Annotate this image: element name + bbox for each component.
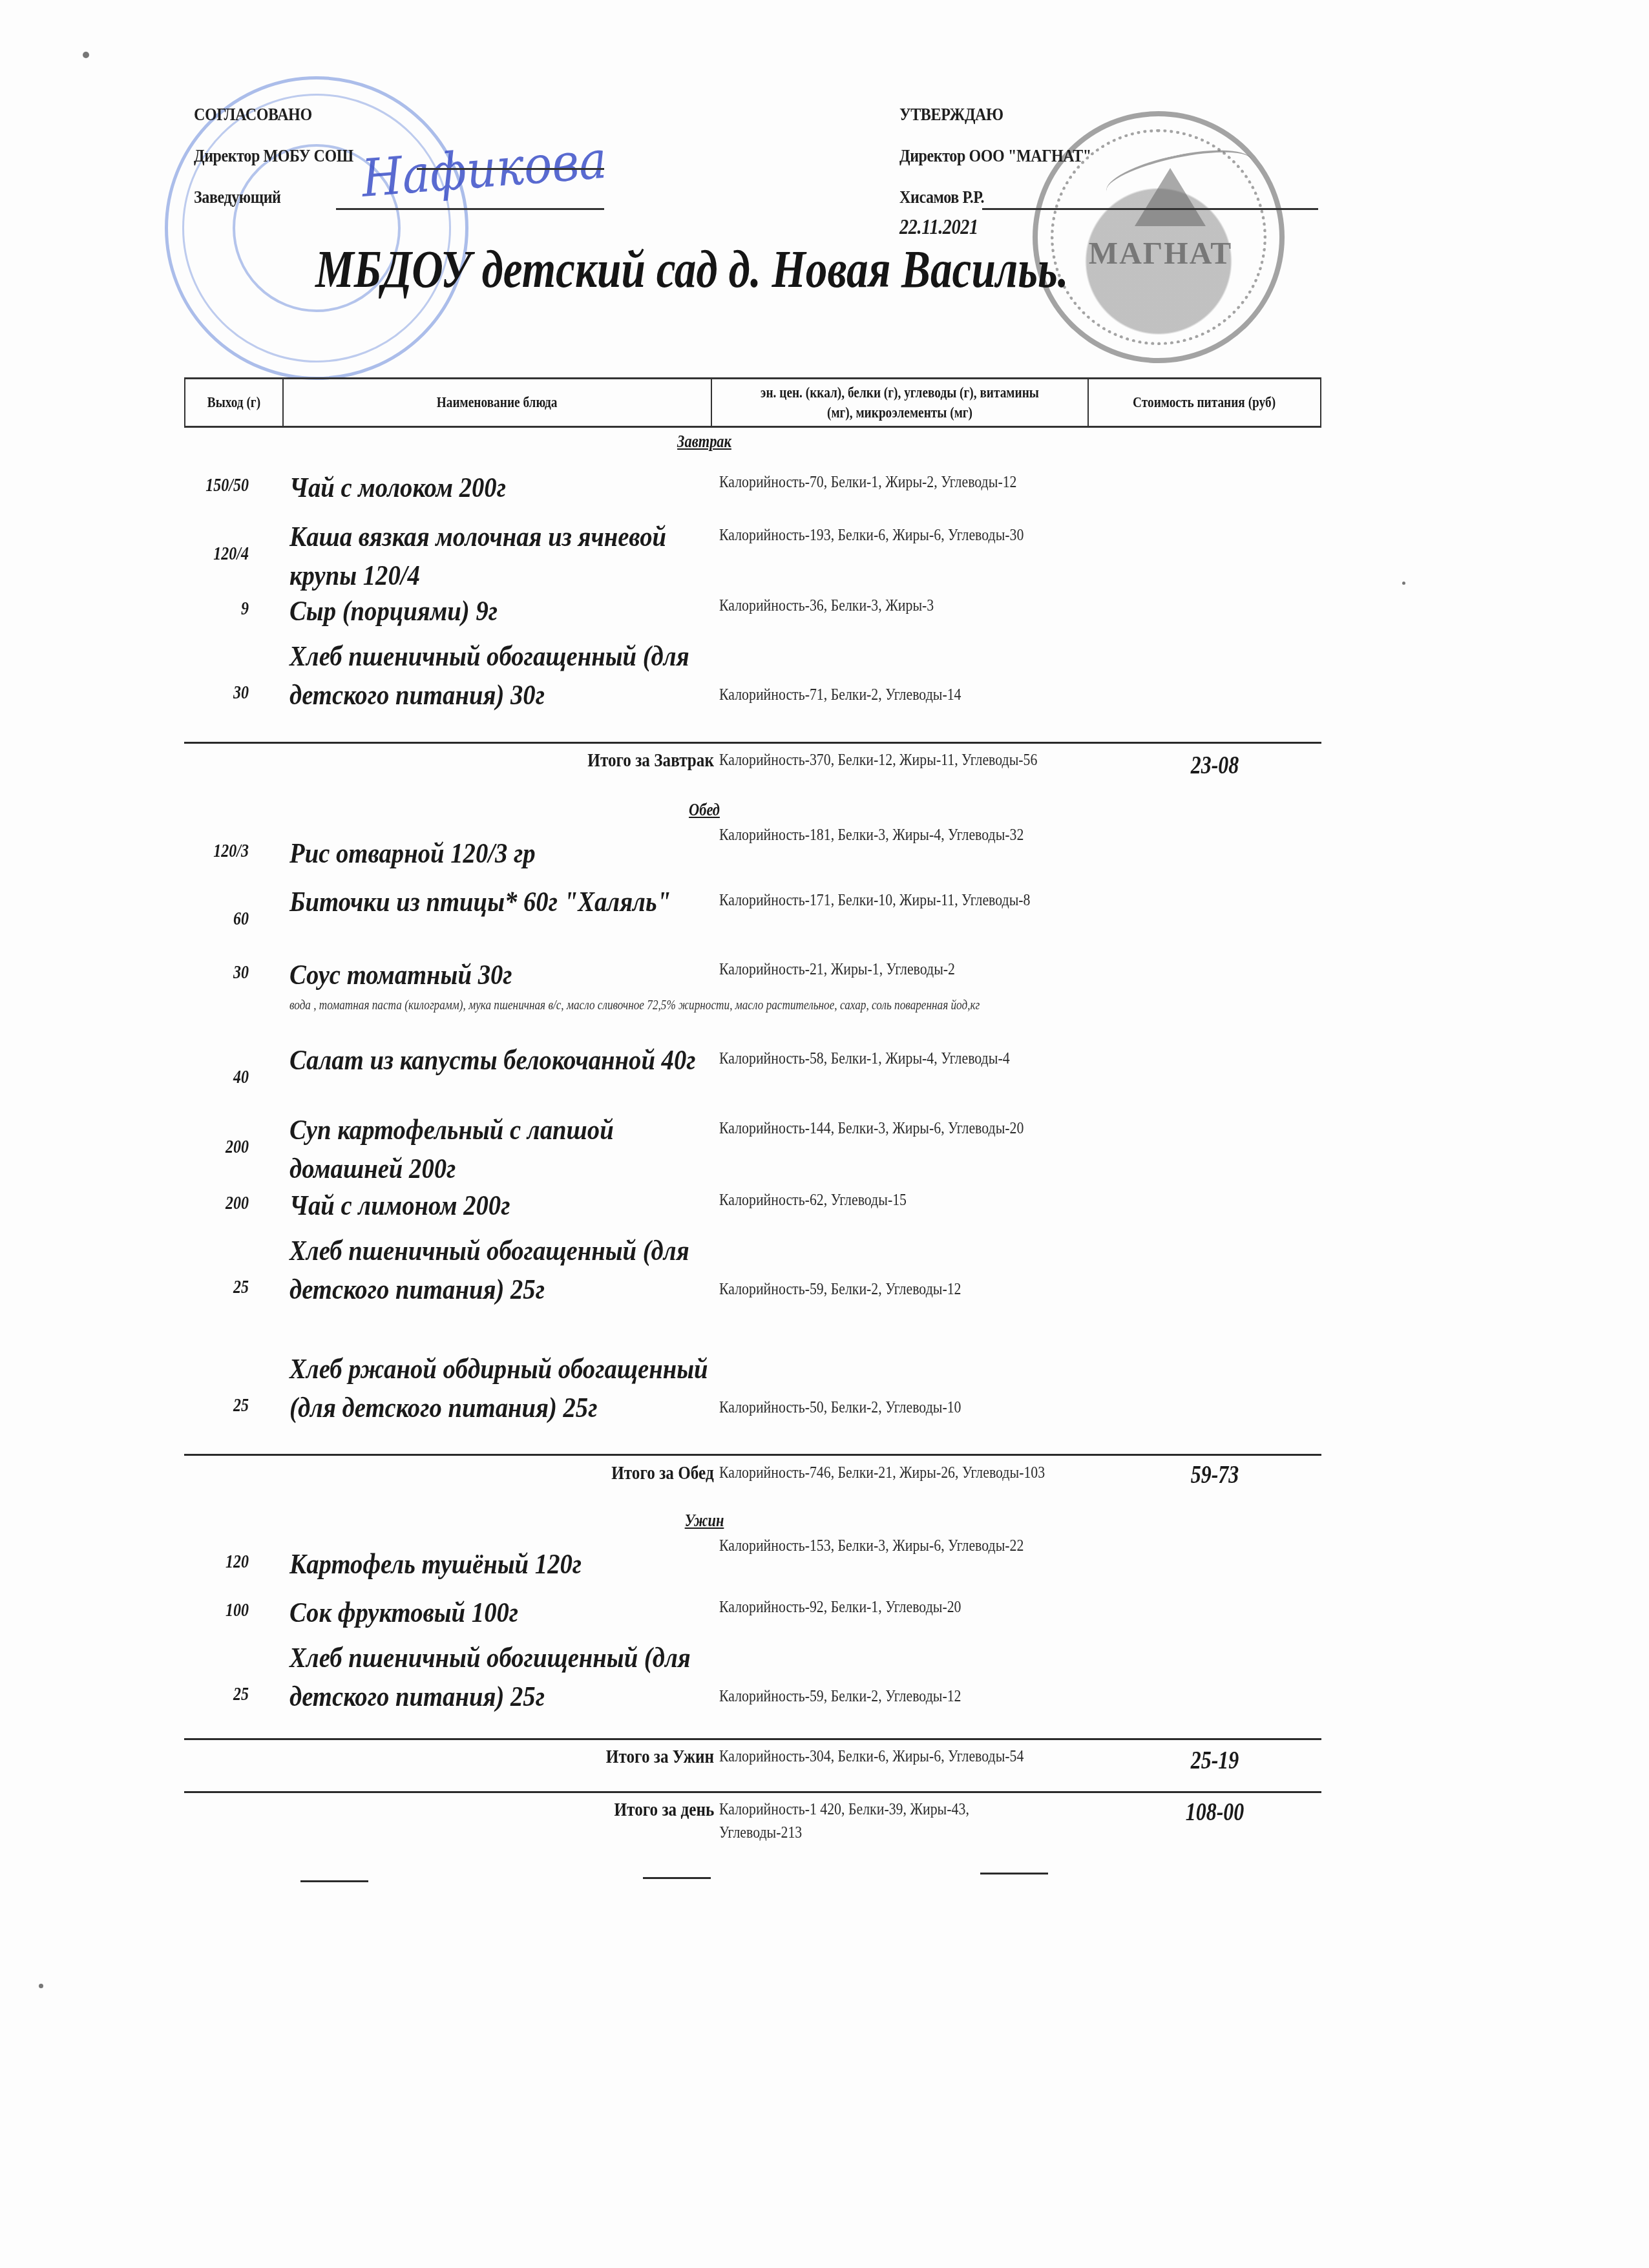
item-yield: 60 — [197, 908, 249, 930]
item-dish-name: Салат из капусты белокочанной 40г — [289, 1040, 716, 1079]
meal-total-nutrition-text: Калорийность-370, Белки-12, Жиры-11, Угл… — [719, 748, 1055, 772]
item-dish-name: Сыр (порциями) 9г — [289, 591, 716, 630]
item-dish-name-text: Рис отварной 120/3 гр — [289, 834, 715, 872]
item-dish-name-text: Сок фруктовый 100г — [289, 1593, 715, 1632]
item-nutrition-text: Калорийность-171, Белки-10, Жиры-11, Угл… — [719, 888, 1055, 912]
meal-total-label: Итого за Завтрак — [184, 750, 714, 772]
day-total-label: Итого за день — [184, 1799, 714, 1821]
item-nutrition-text: Калорийность-181, Белки-3, Жиры-4, Углев… — [719, 823, 1055, 846]
item-nutrition-text: Калорийность-144, Белки-3, Жиры-6, Углев… — [719, 1117, 1055, 1140]
menu-item-row: 100Сок фруктовый 100гКалорийность-92, Бе… — [184, 1593, 1321, 1632]
col-header-yield: Выход (г) — [184, 379, 282, 426]
item-yield: 100 — [197, 1599, 249, 1621]
menu-item-row: 120/4Каша вязкая молочная из ячневой кру… — [184, 517, 1321, 594]
section-divider — [184, 1738, 1321, 1740]
menu-item-row: 40Салат из капусты белокочанной 40гКалор… — [184, 1040, 1321, 1118]
item-nutrition-text: Калорийность-193, Белки-6, Жиры-6, Углев… — [719, 523, 1055, 547]
signature-line — [417, 168, 604, 170]
item-nutrition: Калорийность-181, Белки-3, Жиры-4, Углев… — [719, 823, 1055, 846]
menu-item-row: 30Соус томатный 30гКалорийность-21, Жиры… — [184, 955, 1321, 994]
item-dish-name-text: Картофель тушёный 120г — [289, 1544, 715, 1583]
approval-right-heading: УТВЕРЖДАЮ — [899, 105, 1003, 125]
item-nutrition: Калорийность-59, Белки-2, Углеводы-12 — [719, 1277, 1055, 1301]
menu-item-row: 60Биточки из птицы* 60г "Халяль"Калорийн… — [184, 882, 1321, 960]
item-nutrition: Калорийность-71, Белки-2, Углеводы-14 — [719, 683, 1055, 706]
item-dish-name: Рис отварной 120/3 гр — [289, 834, 716, 872]
approval-left-position: Директор МОБУ СОШ — [194, 146, 353, 167]
item-nutrition: Калорийность-36, Белки-3, Жиры-3 — [719, 594, 1055, 617]
item-dish-name-text: Салат из капусты белокочанной 40г — [289, 1040, 715, 1079]
item-nutrition: Калорийность-70, Белки-1, Жиры-2, Углево… — [719, 470, 1055, 494]
item-nutrition: Калорийность-144, Белки-3, Жиры-6, Углев… — [719, 1117, 1055, 1140]
approval-date: 22.11.2021 — [899, 216, 978, 240]
item-nutrition-text: Калорийность-36, Белки-3, Жиры-3 — [719, 594, 1055, 617]
item-nutrition: Калорийность-62, Углеводы-15 — [719, 1188, 1055, 1212]
scan-speck — [1402, 582, 1405, 585]
meal-total-label-text: Итого за Обед — [612, 1462, 714, 1484]
meal-section-title: Обед — [141, 800, 1268, 821]
item-nutrition-text: Калорийность-59, Белки-2, Углеводы-12 — [719, 1685, 1055, 1708]
item-yield: 200 — [197, 1192, 249, 1214]
meal-total-nutrition-text: Калорийность-746, Белки-21, Жиры-26, Угл… — [719, 1461, 1055, 1484]
item-dish-name-text: Каша вязкая молочная из ячневой крупы 12… — [289, 517, 715, 594]
day-total-nutrition-text: Калорийность-1 420, Белки-39, Жиры-43, У… — [719, 1798, 1055, 1844]
item-yield: 120/4 — [197, 543, 249, 565]
item-ingredients-text: вода , томатная паста (килограмм), мука … — [289, 995, 1065, 1014]
meal-total-label: Итого за Обед — [184, 1462, 714, 1484]
section-divider — [184, 742, 1321, 744]
meal-section-title: Ужин — [141, 1511, 1268, 1531]
signature-line — [982, 208, 1318, 210]
item-dish-name-text: Хлеб ржаной обдирный обогащенный (для де… — [289, 1349, 715, 1427]
item-yield: 9 — [197, 598, 249, 620]
item-ingredients: вода , томатная паста (килограмм), мука … — [289, 995, 1065, 1014]
col-header-nutrition: эн. цен. (ккал), белки (г), углеводы (г)… — [711, 379, 1087, 426]
menu-item-row: 30Хлеб пшеничный обогащенный (для детско… — [184, 636, 1321, 753]
item-nutrition: Калорийность-58, Белки-1, Жиры-4, Углево… — [719, 1047, 1055, 1070]
blank-line — [300, 1880, 368, 1882]
item-nutrition-text: Калорийность-59, Белки-2, Углеводы-12 — [719, 1277, 1055, 1301]
item-dish-name: Чай с молоком 200г — [289, 468, 716, 507]
item-dish-name-text: Хлеб пшеничный обогащенный (для детского… — [289, 1231, 715, 1308]
day-total-nutrition: Калорийность-1 420, Белки-39, Жиры-43, У… — [719, 1798, 1055, 1844]
item-dish-name-text: Хлеб пшеничный обогащенный (для детского… — [289, 636, 715, 714]
approval-right-name: Хисамов Р.Р. — [899, 187, 984, 208]
menu-item-row: 25Хлеб пшеничный обогащенный (для детско… — [184, 1231, 1321, 1347]
item-yield: 25 — [197, 1394, 249, 1416]
day-total-cost: 108-00 — [1173, 1796, 1256, 1827]
item-dish-name: Суп картофельный с лапшой домашней 200г — [289, 1110, 716, 1188]
meal-total-nutrition-text: Калорийность-304, Белки-6, Жиры-6, Углев… — [719, 1745, 1055, 1768]
item-dish-name: Хлеб ржаной обдирный обогащенный (для де… — [289, 1349, 716, 1427]
menu-item-row: 200Суп картофельный с лапшой домашней 20… — [184, 1110, 1321, 1188]
meal-total-label-text: Итого за Завтрак — [587, 750, 714, 772]
item-dish-name: Соус томатный 30г — [289, 955, 716, 994]
item-yield: 120 — [197, 1551, 249, 1573]
item-dish-name-text: Чай с молоком 200г — [289, 468, 715, 507]
section-divider — [184, 1454, 1321, 1456]
item-yield: 120/3 — [197, 840, 249, 862]
meal-total-nutrition: Калорийность-746, Белки-21, Жиры-26, Угл… — [719, 1461, 1055, 1484]
item-yield: 25 — [197, 1276, 249, 1298]
menu-item-row: 150/50Чай с молоком 200гКалорийность-70,… — [184, 468, 1321, 507]
meal-cost: 23-08 — [1173, 750, 1256, 780]
item-dish-name-text: Суп картофельный с лапшой домашней 200г — [289, 1110, 715, 1188]
item-yield: 150/50 — [197, 474, 249, 496]
item-yield: 200 — [197, 1136, 249, 1158]
item-dish-name-text: Сыр (порциями) 9г — [289, 591, 715, 630]
item-nutrition: Калорийность-21, Жиры-1, Углеводы-2 — [719, 958, 1055, 981]
item-dish-name: Хлеб пшеничный обогищенный (для детского… — [289, 1638, 716, 1716]
item-nutrition-text: Калорийность-153, Белки-3, Жиры-6, Углев… — [719, 1534, 1055, 1557]
meal-cost: 59-73 — [1173, 1459, 1256, 1489]
meal-total-label-text: Итого за Ужин — [606, 1746, 714, 1768]
meal-total-nutrition: Калорийность-370, Белки-12, Жиры-11, Угл… — [719, 748, 1055, 772]
item-nutrition: Калорийность-50, Белки-2, Углеводы-10 — [719, 1396, 1055, 1419]
col-header-dish: Наименование блюда — [282, 379, 711, 426]
item-nutrition: Калорийность-92, Белки-1, Углеводы-20 — [719, 1595, 1055, 1619]
menu-item-row: 9Сыр (порциями) 9гКалорийность-36, Белки… — [184, 591, 1321, 630]
menu-item-row: 25Хлеб ржаной обдирный обогащенный (для … — [184, 1349, 1321, 1465]
blank-line — [980, 1873, 1048, 1874]
item-nutrition: Калорийность-193, Белки-6, Жиры-6, Углев… — [719, 523, 1055, 547]
item-nutrition-text: Калорийность-70, Белки-1, Жиры-2, Углево… — [719, 470, 1055, 494]
item-nutrition-text: Калорийность-58, Белки-1, Жиры-4, Углево… — [719, 1047, 1055, 1070]
section-divider — [184, 1791, 1321, 1793]
meal-total-label: Итого за Ужин — [184, 1746, 714, 1768]
page-title: МБДОУ детский сад д. Новая Васильь. — [315, 239, 1069, 300]
col-header-cost: Стоимость питания (руб) — [1087, 379, 1321, 426]
menu-item-row: 25Хлеб пшеничный обогищенный (для детско… — [184, 1638, 1321, 1754]
stamp-text: МАГНАТ — [1083, 236, 1238, 271]
blank-line — [643, 1877, 711, 1879]
item-dish-name: Каша вязкая молочная из ячневой крупы 12… — [289, 517, 716, 594]
item-dish-name: Картофель тушёный 120г — [289, 1544, 716, 1583]
meal-total-nutrition: Калорийность-304, Белки-6, Жиры-6, Углев… — [719, 1745, 1055, 1768]
item-dish-name: Сок фруктовый 100г — [289, 1593, 716, 1632]
meal-section-title: Завтрак — [141, 432, 1268, 452]
item-nutrition-text: Калорийность-50, Белки-2, Углеводы-10 — [719, 1396, 1055, 1419]
item-yield: 30 — [197, 961, 249, 983]
item-nutrition: Калорийность-59, Белки-2, Углеводы-12 — [719, 1685, 1055, 1708]
scan-speck — [39, 1984, 43, 1988]
item-dish-name: Хлеб пшеничный обогащенный (для детского… — [289, 1231, 716, 1308]
item-yield: 40 — [197, 1066, 249, 1088]
item-yield: 25 — [197, 1683, 249, 1705]
item-nutrition: Калорийность-171, Белки-10, Жиры-11, Угл… — [719, 888, 1055, 912]
table-header: Выход (г) Наименование блюда эн. цен. (к… — [184, 377, 1321, 428]
menu-item-row: 120/3Рис отварной 120/3 грКалорийность-1… — [184, 834, 1321, 872]
item-dish-name: Биточки из птицы* 60г "Халяль" — [289, 882, 716, 921]
item-nutrition-text: Калорийность-62, Углеводы-15 — [719, 1188, 1055, 1212]
item-dish-name: Чай с лимоном 200г — [289, 1186, 716, 1224]
day-total-label-text: Итого за день — [614, 1799, 714, 1821]
item-nutrition-text: Калорийность-92, Белки-1, Углеводы-20 — [719, 1595, 1055, 1619]
item-dish-name-text: Чай с лимоном 200г — [289, 1186, 715, 1224]
approval-right-position: Директор ООО "МАГНАТ" — [899, 146, 1091, 167]
item-nutrition: Калорийность-153, Белки-3, Жиры-6, Углев… — [719, 1534, 1055, 1557]
meal-cost: 25-19 — [1173, 1745, 1256, 1775]
item-nutrition-text: Калорийность-71, Белки-2, Углеводы-14 — [719, 683, 1055, 706]
signature-line — [336, 208, 604, 210]
item-yield: 30 — [197, 682, 249, 704]
item-nutrition-text: Калорийность-21, Жиры-1, Углеводы-2 — [719, 958, 1055, 981]
item-dish-name-text: Хлеб пшеничный обогищенный (для детского… — [289, 1638, 715, 1716]
scan-speck — [83, 52, 89, 58]
menu-item-row: 120Картофель тушёный 120гКалорийность-15… — [184, 1544, 1321, 1583]
approval-left-heading: СОГЛАСОВАНО — [194, 105, 312, 125]
approval-left-role: Заведующий — [194, 187, 281, 208]
item-dish-name-text: Соус томатный 30г — [289, 955, 715, 994]
item-dish-name: Хлеб пшеничный обогащенный (для детского… — [289, 636, 716, 714]
item-dish-name-text: Биточки из птицы* 60г "Халяль" — [289, 882, 715, 921]
menu-item-row: 200Чай с лимоном 200гКалорийность-62, Уг… — [184, 1186, 1321, 1224]
